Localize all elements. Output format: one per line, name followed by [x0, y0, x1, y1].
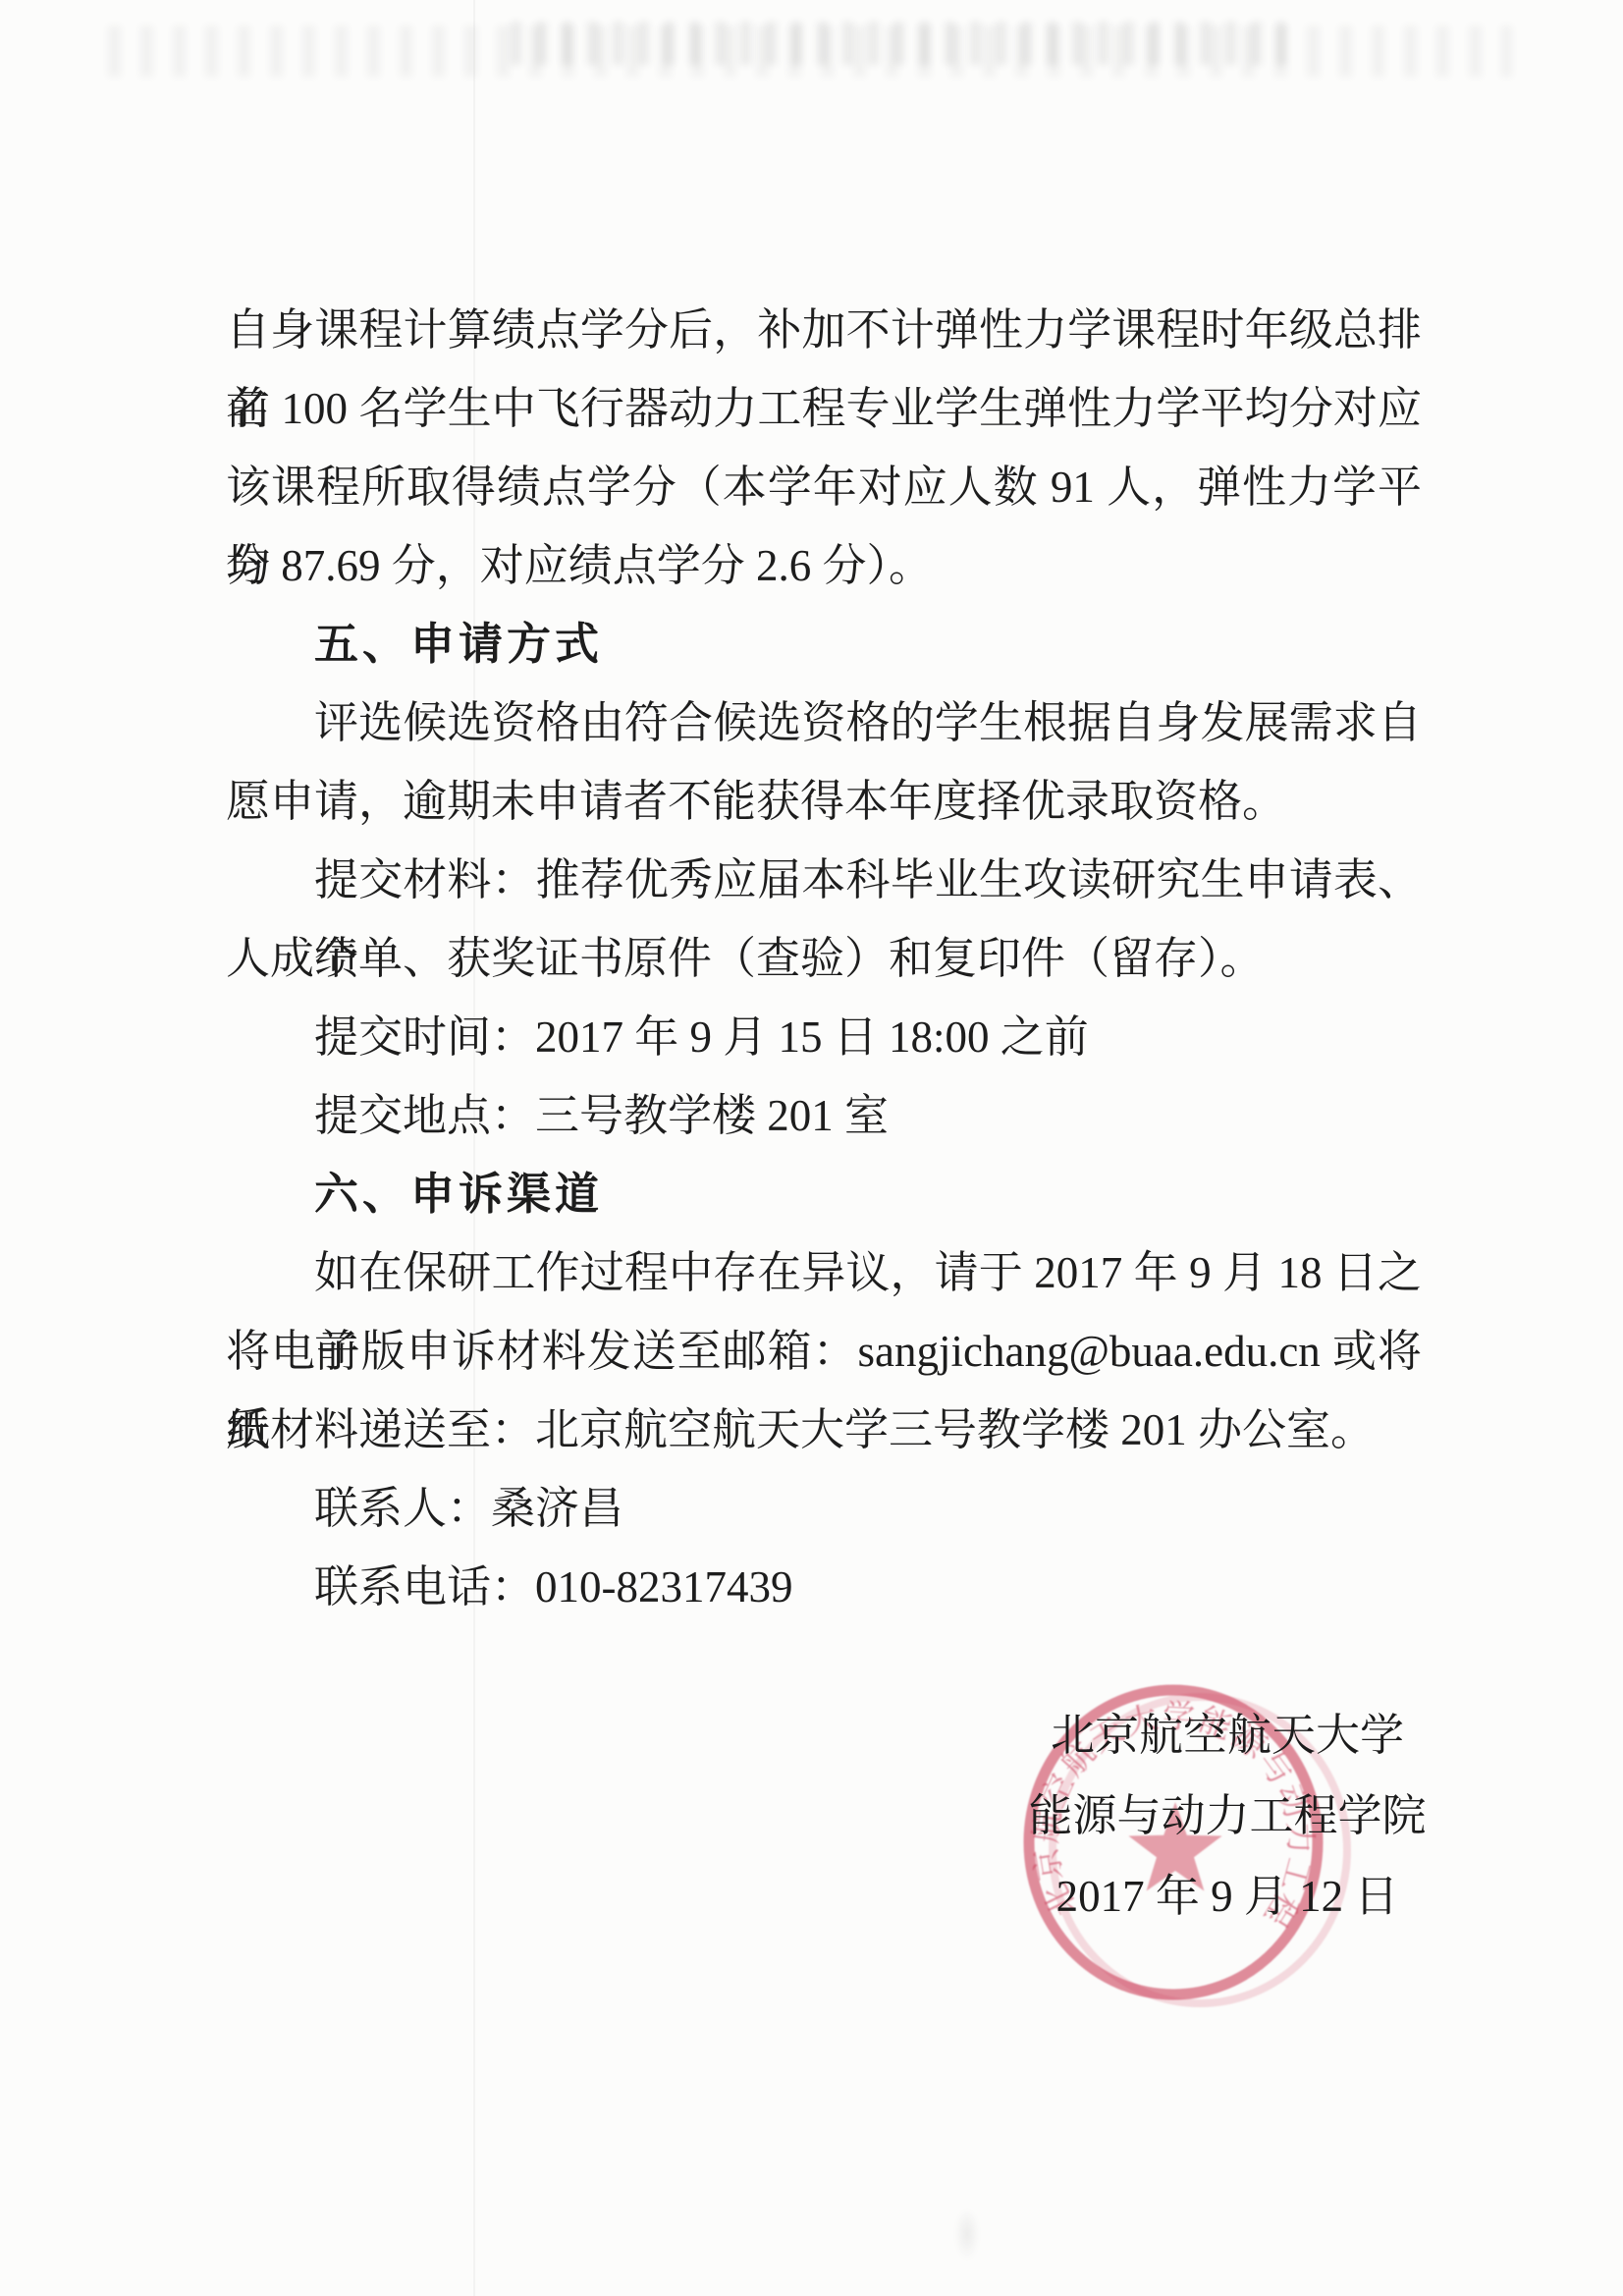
doc-line: 人成绩单、获奖证书原件（查验）和复印件（留存）。 [226, 919, 1422, 998]
doc-line-submit-location: 提交地点：三号教学楼 201 室 [226, 1076, 1422, 1155]
doc-line: 前 100 名学生中飞行器动力工程专业学生弹性力学平均分对应 [226, 369, 1422, 448]
signature-date: 2017 年 9 月 12 日 [1001, 1856, 1453, 1937]
signature-university: 北京航空航天大学 [1001, 1695, 1453, 1776]
doc-line: 质材料递送至：北京航空航天大学三号教学楼 201 办公室。 [226, 1391, 1422, 1469]
document-body: 自身课程计算绩点学分后，补加不计弹性力学课程时年级总排名 前 100 名学生中飞… [226, 291, 1422, 1626]
doc-line: 愿申请，逾期未申请者不能获得本年度择优录取资格。 [226, 762, 1422, 841]
doc-line: 自身课程计算绩点学分后，补加不计弹性力学课程时年级总排名 [226, 291, 1422, 369]
doc-line-contact-phone: 联系电话：010-82317439 [226, 1548, 1422, 1626]
doc-line: 如在保研工作过程中存在异议，请于 2017 年 9 月 18 日之前 [226, 1233, 1422, 1312]
doc-line-appeal-email: 将电子版申诉材料发送至邮箱：sangjichang@buaa.edu.cn 或将… [226, 1312, 1422, 1391]
signature-college: 能源与动力工程学院 [1001, 1776, 1453, 1856]
doc-line: 评选候选资格由符合候选资格的学生根据自身发展需求自 [226, 683, 1422, 762]
section-heading-application-method: 五、申请方式 [226, 605, 1422, 683]
doc-line: 提交材料：推荐优秀应届本科毕业生攻读研究生申请表、个 [226, 841, 1422, 919]
doc-line: 分 87.69 分，对应绩点学分 2.6 分）。 [226, 526, 1422, 605]
signature-block: 北京航空航天大学 能源与动力工程学院 2017 年 9 月 12 日 [1001, 1695, 1453, 1937]
document-page: 北京航空航天大学能源与动力工程学院 自身课程计算绩点学分后，补加不计弹性力学课程… [0, 0, 1623, 2296]
bleedthrough-artifact-dense [511, 22, 1286, 65]
doc-line-submit-time: 提交时间：2017 年 9 月 15 日 18:00 之前 [226, 998, 1422, 1076]
doc-line-contact-person: 联系人：桑济昌 [226, 1469, 1422, 1548]
smudge-artifact [954, 2208, 980, 2261]
section-heading-appeal-channel: 六、申诉渠道 [226, 1155, 1422, 1233]
doc-line: 该课程所取得绩点学分（本学年对应人数 91 人，弹性力学平均 [226, 448, 1422, 526]
